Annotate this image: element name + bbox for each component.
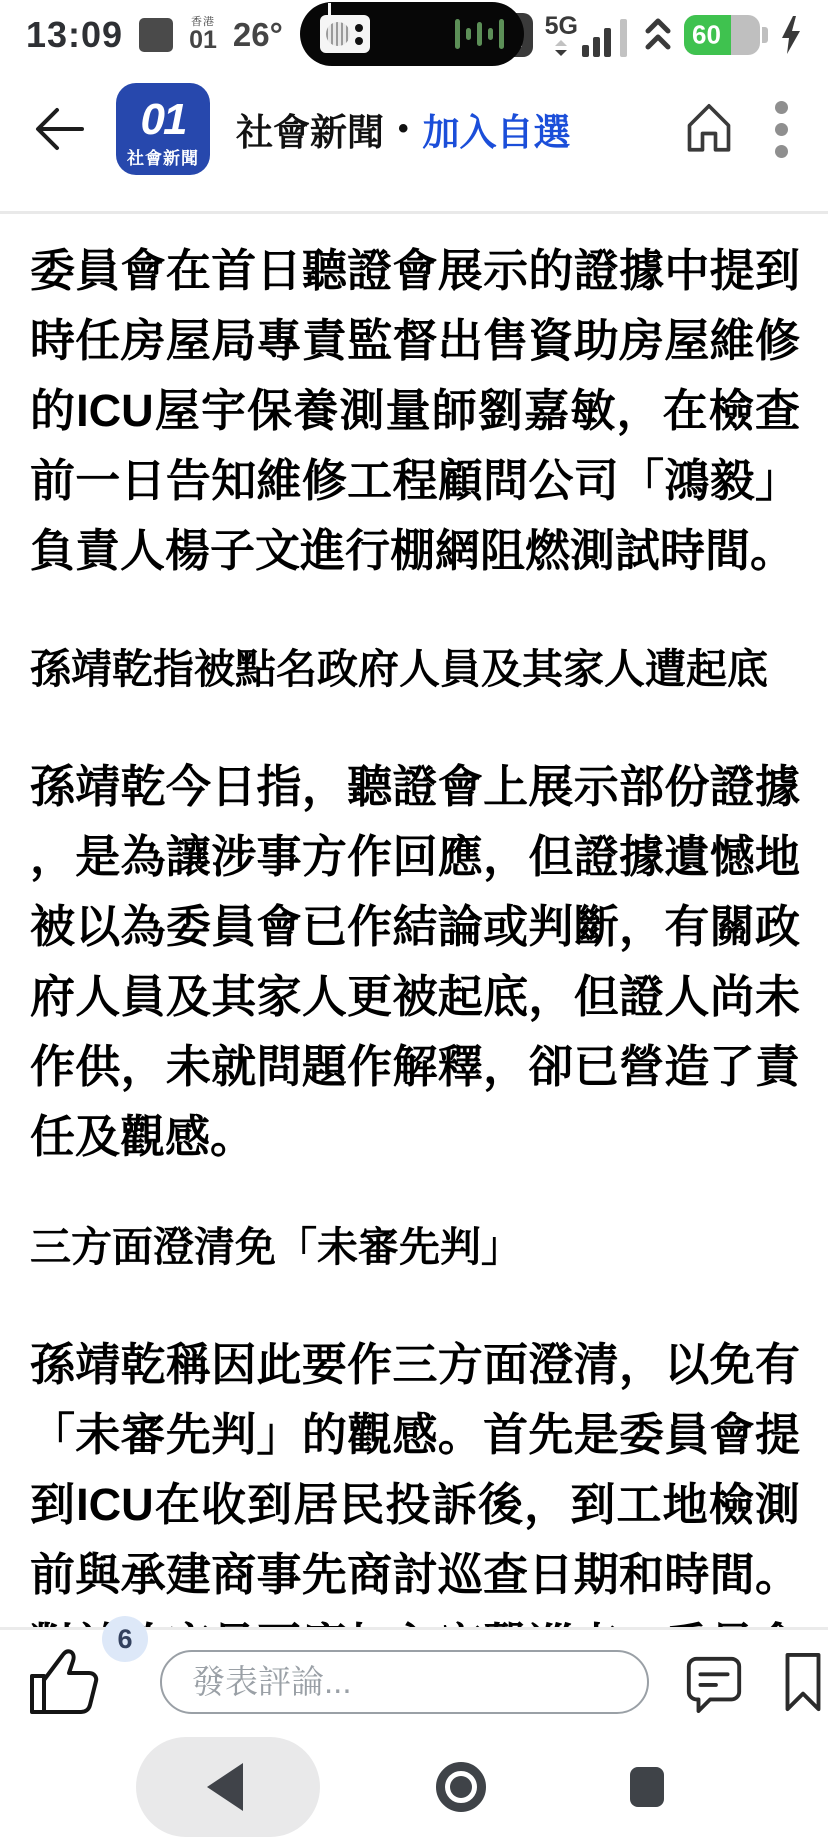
like-button[interactable]: 6 [26,1640,146,1723]
overflow-menu-button[interactable] [771,97,792,162]
article-paragraph: 孫靖乾稱因此要作三方面澄清，以免有「未審先判」的觀感。首先是委員會提到ICU在收… [30,1330,800,1627]
network-type-icon: 5G [545,14,578,57]
comment-input[interactable] [160,1650,649,1714]
audio-waveform-icon [455,19,504,49]
camera-cutout-media-pill [300,2,524,66]
phone-screen: 13:09 香港 01 26° Vo [0,0,828,1840]
nav-back-button[interactable] [136,1737,320,1837]
hk01-notification-icon: 香港 01 [189,17,217,53]
home-icon [683,99,735,155]
system-navigation-bar [0,1733,828,1840]
radio-icon [320,15,370,53]
article-paragraph: 委員會在首日聽證會展示的證據中提到時任房屋局專責監督出售資助房屋維修的ICU屋宇… [30,236,800,586]
bookmark-icon [779,1651,827,1713]
overflow-dot [775,145,788,158]
nav-recents-square-icon [630,1767,664,1807]
like-count-badge: 6 [102,1616,148,1662]
app-header: 01 社會新聞 社會新聞 • 加入自選 [0,70,828,188]
article-paragraph: 孫靖乾今日指，聽證會上展示部份證據，是為讓涉事方作回應，但證據遺憾地被以為委員會… [30,752,800,1172]
nav-home-circle-icon [436,1762,486,1812]
notification-square-icon [139,18,173,52]
signal-group: 5G [545,14,632,57]
charging-bolt-icon [780,15,802,55]
nav-recents-button[interactable] [602,1767,692,1807]
channel-avatar[interactable]: 01 社會新聞 [116,83,210,175]
battery-percent-label: 60 [692,20,721,51]
hk01-logo-label: 01 [189,28,217,53]
back-button[interactable] [30,100,88,158]
status-bar: 13:09 香港 01 26° Vo [0,0,828,70]
temperature-label: 26° [233,16,283,54]
radio-antenna [328,3,331,15]
article-subheading: 三方面澄清免「未審先判」 [30,1212,800,1282]
article-body: 委員會在首日聽證會展示的證據中提到時任房屋局專責監督出售資助房屋維修的ICU屋宇… [0,214,828,1627]
radio-grille [326,22,350,46]
signal-bars-icon [582,17,632,57]
thumbs-up-icon [26,1640,106,1718]
bookmark-button[interactable] [779,1651,827,1713]
back-arrow-icon [30,100,88,158]
comment-action-bar: 6 分享 [0,1627,828,1733]
data-activity-arrows-icon [552,39,570,57]
battery-nub [762,27,768,43]
status-left: 13:09 香港 01 26° [26,14,283,56]
home-button[interactable] [683,99,735,160]
channel-avatar-caption: 社會新聞 [127,144,199,169]
follow-channel-link[interactable]: 加入自選 [423,102,571,156]
network-type-label: 5G [545,14,578,39]
title-separator: • [398,112,409,146]
channel-avatar-logo: 01 [141,98,186,142]
channel-title: 社會新聞 • 加入自選 [236,102,571,156]
overflow-dot [775,101,788,114]
clock: 13:09 [26,14,123,56]
nav-home-button[interactable] [416,1762,506,1812]
article-subheading: 孫靖乾指被點名政府人員及其家人遭起底 [30,634,800,704]
battery-share-chevrons-icon [644,18,672,52]
comment-bubble-icon [683,1651,745,1713]
nav-back-triangle-icon [207,1763,243,1811]
overflow-dot [775,123,788,136]
battery-icon: 60 [684,15,760,55]
channel-name: 社會新聞 [236,102,384,156]
comments-button[interactable] [683,1651,745,1713]
radio-knobs [355,24,363,45]
